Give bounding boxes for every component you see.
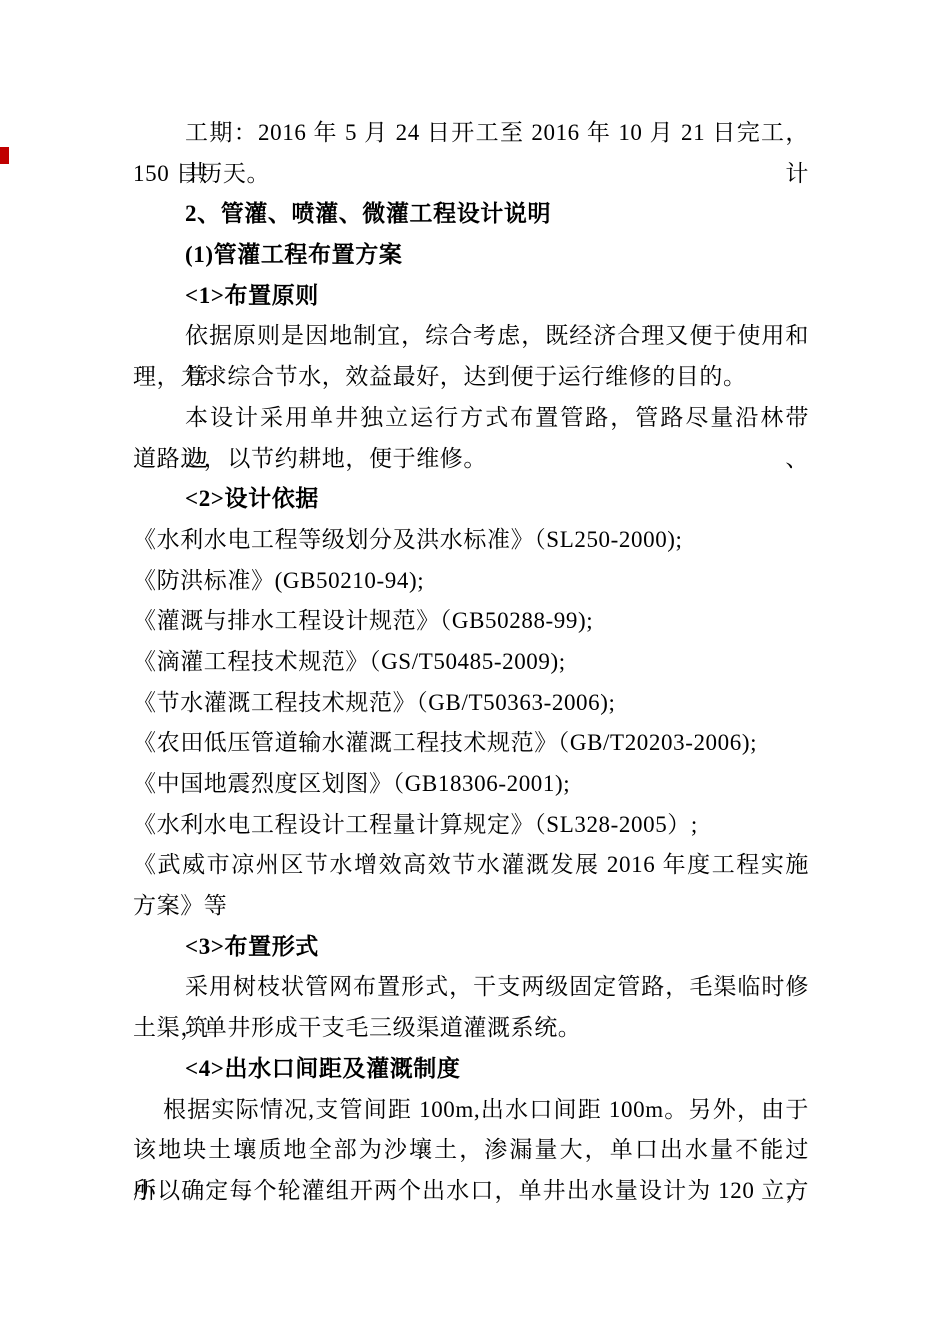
heading-line: <3>布置形式 — [133, 927, 809, 968]
heading-line: <1>布置原则 — [133, 276, 809, 317]
heading-line: (1)管灌工程布置方案 — [133, 235, 809, 276]
text-line: 该地块土壤质地全部为沙壤土，渗漏量大，单口出水量不能过小， — [133, 1130, 809, 1171]
text-line: 《武威市凉州区节水增效高效节水灌溉发展 2016 年度工程实施 — [133, 845, 809, 886]
text-line: 采用树枝状管网布置形式，干支两级固定管路，毛渠临时修筑 — [133, 967, 809, 1008]
text-line: 《节水灌溉工程技术规范》（GB/T50363-2006); — [133, 683, 809, 724]
text-line: 《防洪标准》(GB50210-94); — [133, 561, 809, 602]
text-line: 《水利水电工程等级划分及洪水标准》（SL250-2000); — [133, 520, 809, 561]
text-line: 工期：2016 年 5 月 24 日开工至 2016 年 10 月 21 日完工… — [133, 113, 809, 154]
text-line: 依据原则是因地制宜，综合考虑，既经济合理又便于使用和管 — [133, 316, 809, 357]
heading-line: <2>设计依据 — [133, 479, 809, 520]
red-annotation-marker — [0, 147, 9, 164]
text-line: 《中国地震烈度区划图》（GB18306-2001); — [133, 764, 809, 805]
text-line: 《滴灌工程技术规范》（GS/T50485-2009); — [133, 642, 809, 683]
text-line: 土渠，单井形成干支毛三级渠道灌溉系统。 — [133, 1008, 809, 1049]
text-line: 本设计采用单井独立运行方式布置管路，管路尽量沿林带边、 — [133, 398, 809, 439]
text-line: 《农田低压管道输水灌溉工程技术规范》（GB/T20203-2006); — [133, 723, 809, 764]
text-line: 根据实际情况,支管间距 100m,出水口间距 100m。另外，由于 — [133, 1090, 809, 1131]
document-page: 工期：2016 年 5 月 24 日开工至 2016 年 10 月 21 日完工… — [0, 0, 950, 1344]
text-line: 《水利水电工程设计工程量计算规定》（SL328-2005）; — [133, 805, 809, 846]
text-line: 理，力求综合节水，效益最好，达到便于运行维修的目的。 — [133, 357, 809, 398]
heading-line: <4>出水口间距及灌溉制度 — [133, 1049, 809, 1090]
document-body: 工期：2016 年 5 月 24 日开工至 2016 年 10 月 21 日完工… — [133, 113, 809, 1212]
text-line: 方案》等 — [133, 886, 809, 927]
text-line: 《灌溉与排水工程设计规范》（GB50288-99); — [133, 601, 809, 642]
heading-line: 2、管灌、喷灌、微灌工程设计说明 — [133, 194, 809, 235]
text-line: 所以确定每个轮灌组开两个出水口，单井出水量设计为 120 立方 — [133, 1171, 809, 1212]
